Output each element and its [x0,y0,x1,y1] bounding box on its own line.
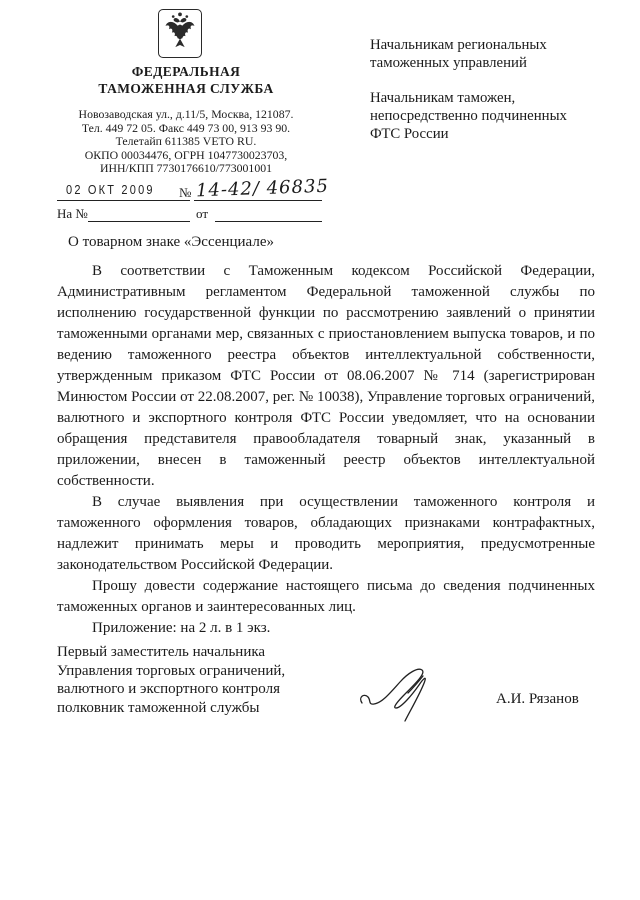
signer-name: А.И. Рязанов [496,691,579,708]
body-paragraph: Прошу довести содержание настоящего пись… [57,576,595,618]
number-underline [194,200,322,201]
addressee-group-1: Начальникам региональных таможенных упра… [370,36,610,72]
addressee-group-2: Начальникам таможен, непосредственно под… [370,89,610,143]
date-underline [57,200,190,201]
addressee-line: непосредственно подчиненных [370,107,610,125]
letter-body: В соответствии с Таможенным кодексом Рос… [57,261,595,639]
reply-date-underline [215,221,322,222]
org-name-line1: ФЕДЕРАЛЬНАЯ [46,63,326,80]
handwritten-outgoing-number: 14-42/ 46835 [196,176,330,202]
signer-title-line: Первый заместитель начальника [57,643,357,662]
signer-title-block: Первый заместитель начальника Управления… [57,643,357,717]
russian-coat-of-arms-icon [163,11,197,56]
handwritten-signature [356,663,448,730]
reply-date-label: от [196,206,208,222]
body-paragraph: В случае выявления при осуществлении там… [57,492,595,576]
emblem-frame [158,9,202,58]
signer-title-line: полковник таможенной службы [57,699,357,718]
body-paragraph: В соответствии с Таможенным кодексом Рос… [57,261,595,492]
number-label: № [179,185,191,201]
addressee-line: таможенных управлений [370,54,610,72]
address-line: ИНН/КПП 7730176610/773001001 [36,162,336,176]
org-name: ФЕДЕРАЛЬНАЯ ТАМОЖЕННАЯ СЛУЖБА [46,63,326,97]
reply-number-label: На № [57,206,88,222]
scanned-letter-page: ФЕДЕРАЛЬНАЯ ТАМОЖЕННАЯ СЛУЖБА Новозаводс… [0,0,640,900]
attachment-note: Приложение: на 2 л. в 1 экз. [57,618,595,639]
addressee-line: Начальникам региональных [370,36,610,54]
address-line: ОКПО 00034476, ОГРН 1047730023703, [36,149,336,163]
addressee-line: Начальникам таможен, [370,89,610,107]
address-line: Телетайп 611385 VETO RU. [36,135,336,149]
addressee-block: Начальникам региональных таможенных упра… [370,36,610,160]
signer-title-line: валютного и экспортного контроля [57,680,357,699]
address-line: Новозаводская ул., д.11/5, Москва, 12108… [36,108,336,122]
reply-number-underline [88,221,190,222]
addressee-line: ФТС России [370,125,610,143]
org-name-line2: ТАМОЖЕННАЯ СЛУЖБА [46,80,326,97]
letterhead-address: Новозаводская ул., д.11/5, Москва, 12108… [36,108,336,176]
address-line: Тел. 449 72 05. Факс 449 73 00, 913 93 9… [36,122,336,136]
subject-line: О товарном знаке «Эссенциале» [68,234,274,251]
signer-title-line: Управления торговых ограничений, [57,662,357,681]
date-stamp: 02 ОКТ 2009 [66,183,155,197]
